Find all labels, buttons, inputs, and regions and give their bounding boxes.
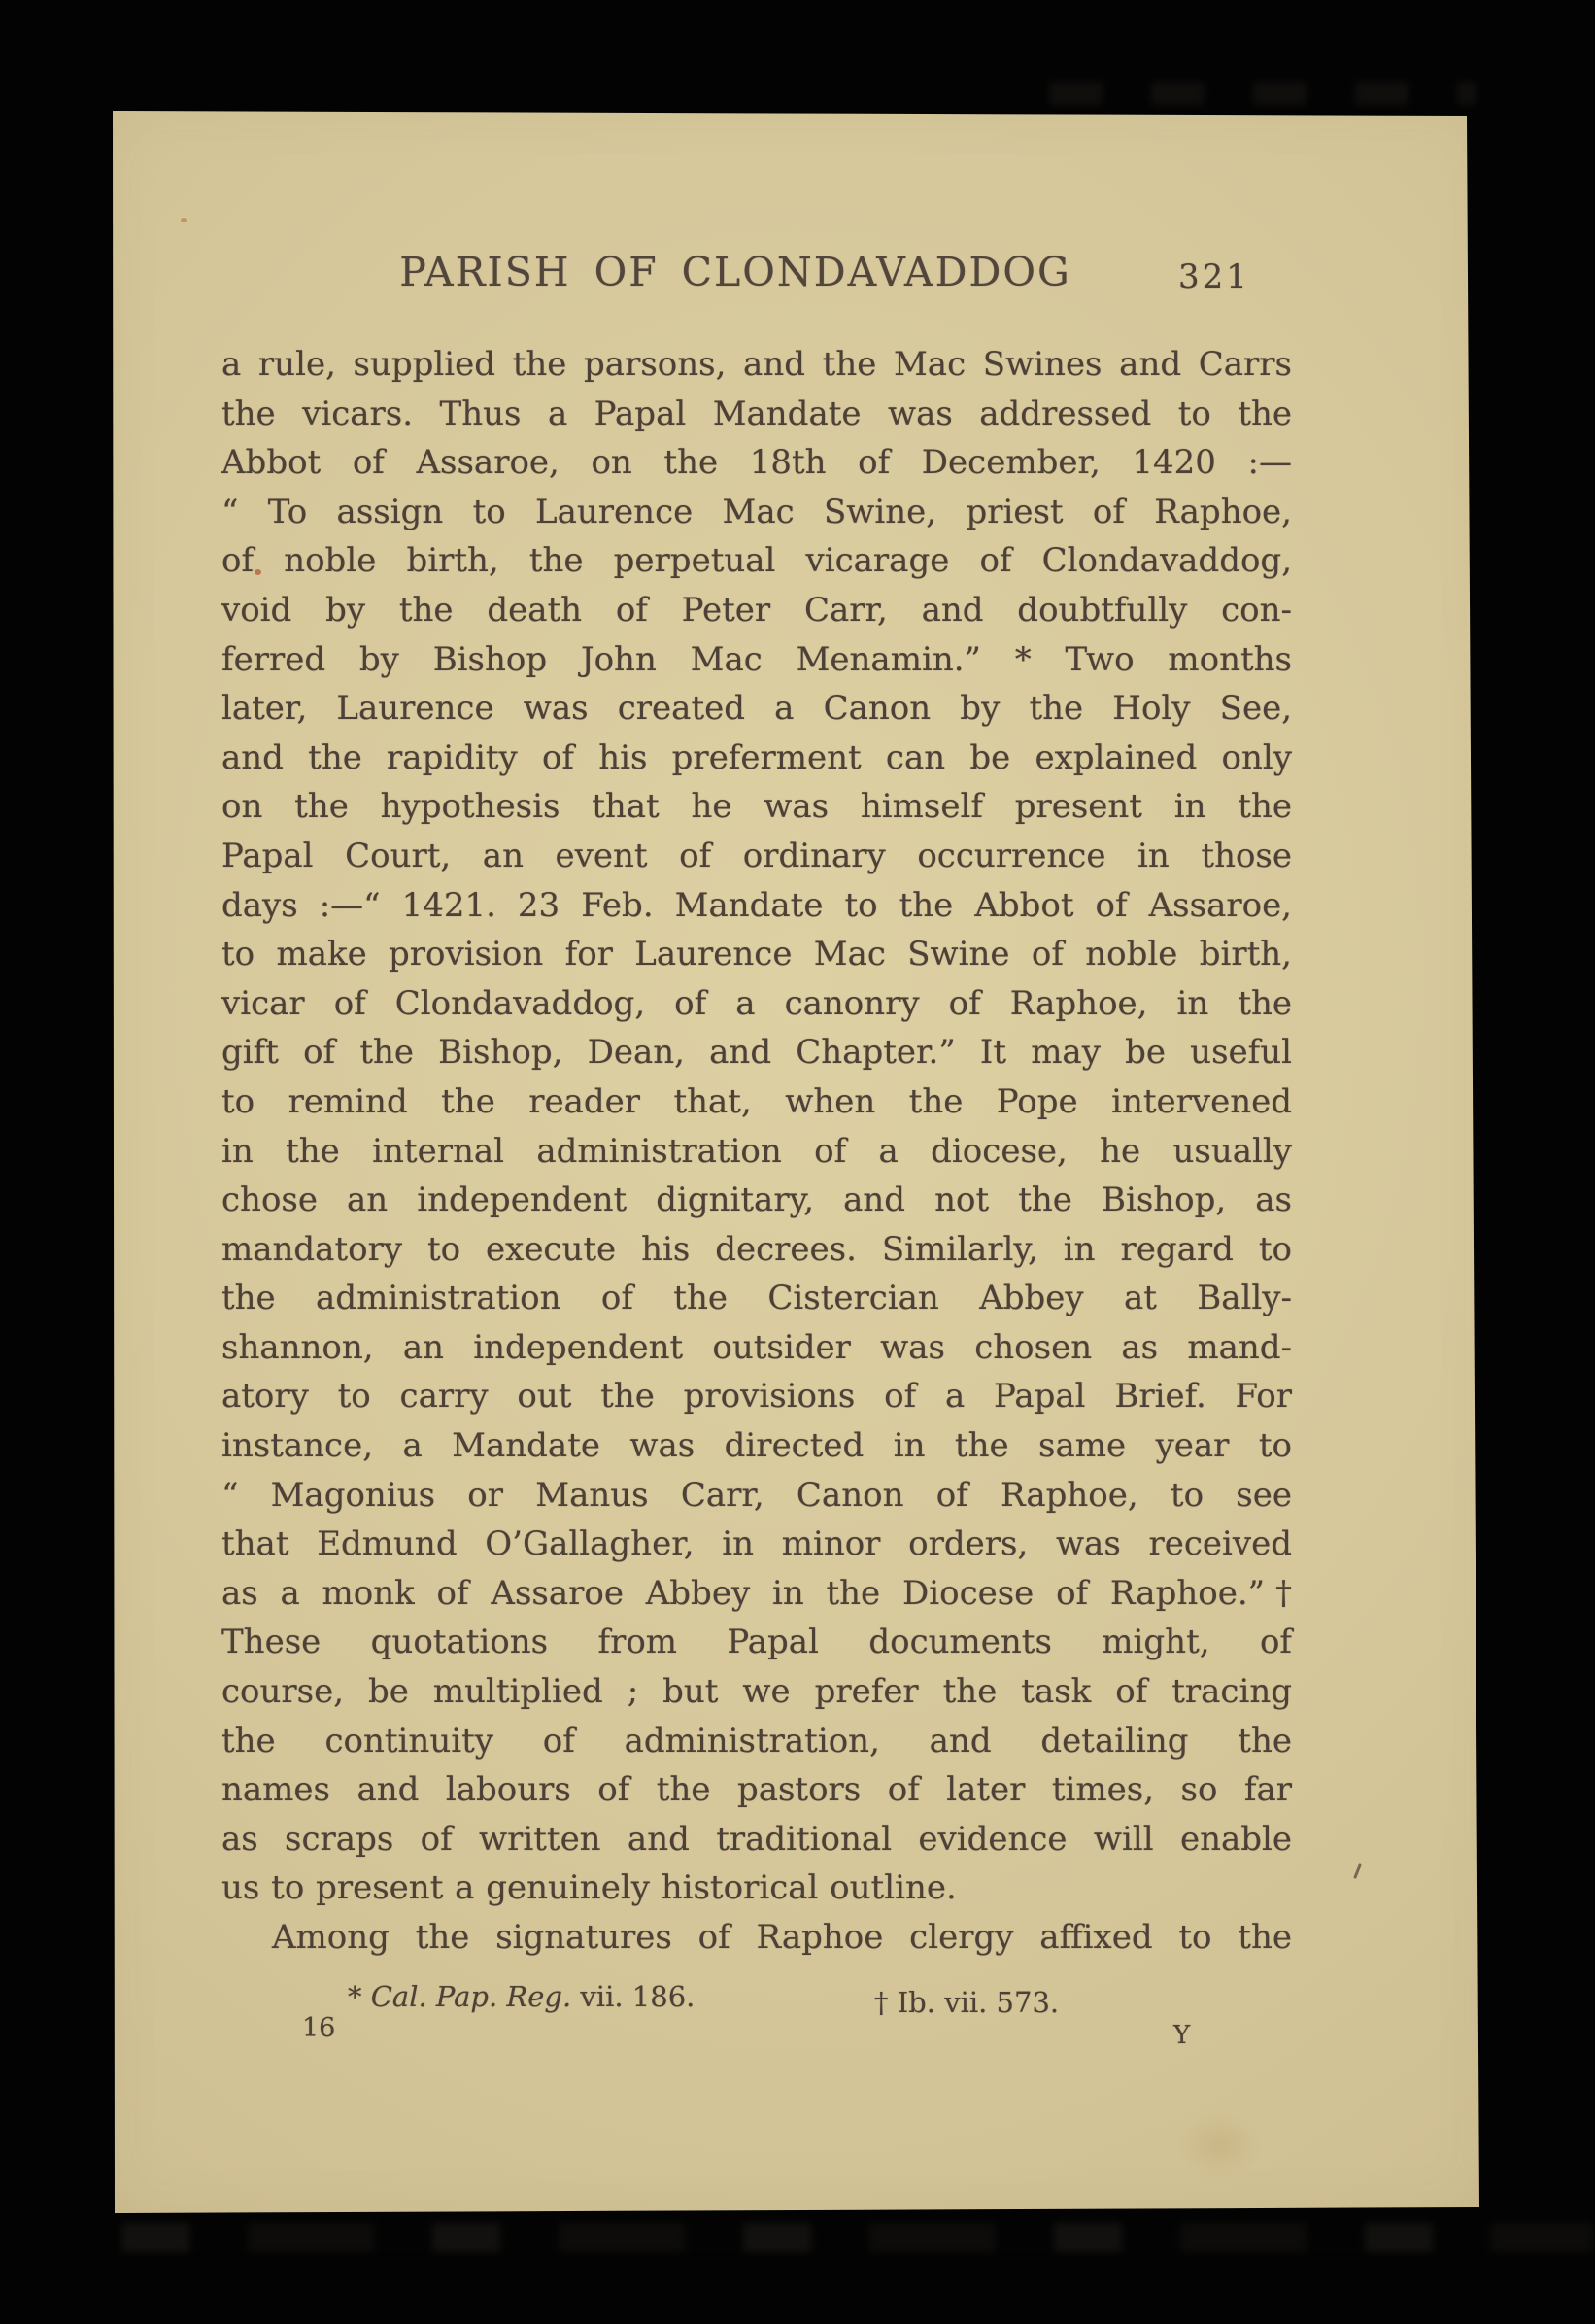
text-line: to remind the reader that, when the Pope… [221,1077,1292,1127]
text-line: These quotations from Papal documents mi… [221,1618,1292,1667]
paper-stain [1161,2099,1277,2191]
ink-mark [1353,1863,1362,1879]
text-line: ferred by Bishop John Mac Menamin.” * Tw… [221,635,1292,685]
footnote-reference: vii. 186. [580,1980,695,2013]
footnote-left: * Cal. Pap. Reg. vii. 186. [348,1980,695,2013]
footnote-right: † Ib. vii. 573. [874,1986,1059,2019]
text-line: on the hypothesis that he was himself pr… [221,782,1292,832]
gathering-mark: Y [1173,2021,1190,2050]
scan-artifact-top-edge [1049,82,1476,105]
text-line: gift of the Bishop, Dean, and Chapter.” … [221,1028,1292,1077]
footnote-work-title: Cal. Pap. Reg. [371,1980,571,2013]
text-line: “ Magonius or Manus Carr, Canon of Rapho… [221,1471,1292,1521]
running-header-title: PARISH OF CLONDAVADDOG [200,249,1271,295]
text-line: mandatory to execute his decrees. Simila… [221,1225,1292,1275]
text-line: course, be multiplied ; but we prefer th… [221,1667,1292,1717]
text-line: void by the death of Peter Carr, and dou… [221,586,1292,635]
footnote-work-title: Ib. [898,1986,935,2019]
text-line: names and labours of the pastors of late… [221,1765,1292,1815]
text-line: in the internal administration of a dioc… [221,1127,1292,1177]
printer-signature-mark: 16 [302,2013,335,2043]
paper-speck [181,218,187,222]
text-line: Among the signatures of Raphoe clergy af… [221,1913,1292,1963]
text-line: the administration of the Cistercian Abb… [221,1274,1292,1323]
text-line: atory to carry out the provisions of a P… [221,1372,1292,1421]
text-line: as scraps of written and traditional evi… [221,1815,1292,1864]
text-line: and the rapidity of his preferment can b… [221,734,1292,783]
text-line: a rule, supplied the parsons, and the Ma… [221,340,1292,390]
text-line: “ To assign to Laurence Mac Swine, pries… [221,488,1292,537]
scan-artifact-page-edges [121,2223,1593,2252]
text-line: instance, a Mandate was directed in the … [221,1421,1292,1471]
text-line: to make provision for Laurence Mac Swine… [221,930,1292,979]
footnote-marker: * [348,1980,362,2013]
text-line: shannon, an independent outsider was cho… [221,1323,1292,1373]
scanner-background: PARISH OF CLONDAVADDOG 321 a rule, suppl… [0,0,1595,2324]
text-line: Abbot of Assaroe, on the 18th of Decembe… [221,438,1292,488]
text-line: the continuity of administration, and de… [221,1717,1292,1766]
book-page-sheet: PARISH OF CLONDAVADDOG 321 a rule, suppl… [0,0,1595,2324]
footnote-reference: vii. 573. [944,1986,1059,2019]
page-number: 321 [1178,257,1250,296]
text-line: Papal Court, an event of ordinary occurr… [221,832,1292,881]
footnote-marker: † [874,1986,889,2019]
text-line: the vicars. Thus a Papal Mandate was add… [221,390,1292,439]
text-line: days :—“ 1421. 23 Feb. Mandate to the Ab… [221,881,1292,931]
text-line: chose an independent dignitary, and not … [221,1176,1292,1225]
text-line: as a monk of Assaroe Abbey in the Dioces… [221,1569,1292,1619]
text-line: us to present a genuinely historical out… [221,1863,1292,1913]
text-line: that Edmund O’Gallagher, in minor orders… [221,1520,1292,1569]
text-line: later, Laurence was created a Canon by t… [221,684,1292,734]
body-text-block: a rule, supplied the parsons, and the Ma… [221,340,1292,1963]
text-line: of noble birth, the perpetual vicarage o… [221,536,1292,586]
paper-speck [255,569,261,575]
text-line: vicar of Clondavaddog, of a canonry of R… [221,979,1292,1029]
